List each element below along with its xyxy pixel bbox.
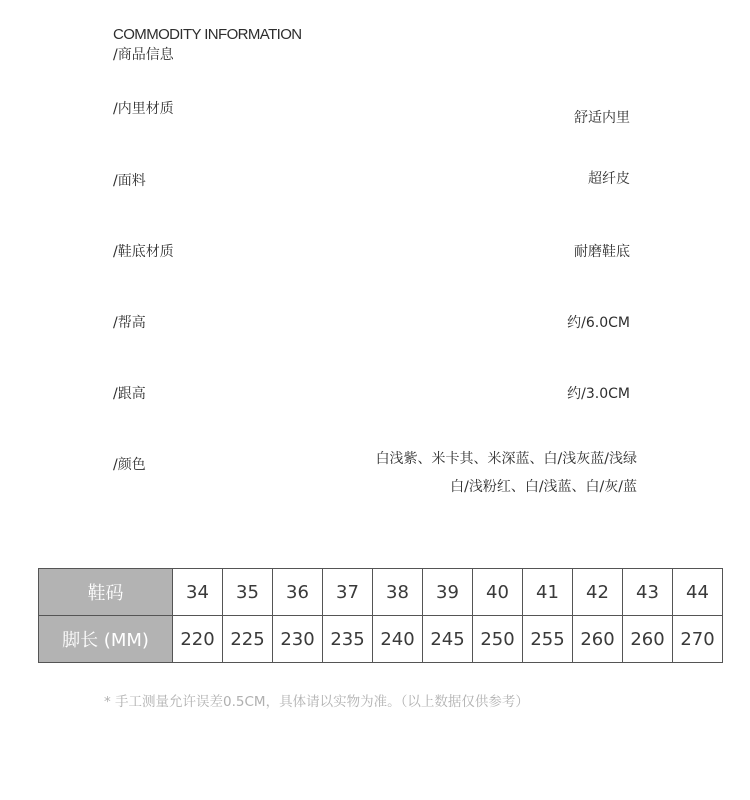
- size-cell: 42: [573, 569, 623, 616]
- size-cell: 35: [223, 569, 273, 616]
- measurement-note: * 手工测量允许误差0.5CM，具体请以实物为准。（以上数据仅供参考）: [104, 690, 529, 710]
- attribute-value-shaft-height: 约/6.0CM: [567, 312, 630, 332]
- size-cell: 37: [323, 569, 373, 616]
- size-cell: 38: [373, 569, 423, 616]
- foot-length-row: 脚长 (MM) 220 225 230 235 240 245 250 255 …: [39, 616, 723, 663]
- color-line-2: 白/浅粉红、白/浅蓝、白/灰/蓝: [376, 473, 637, 501]
- foot-length-cell: 235: [323, 616, 373, 663]
- attribute-label-lining: /内里材质: [113, 98, 174, 118]
- foot-length-cell: 220: [173, 616, 223, 663]
- attribute-value-upper: 超纤皮: [588, 168, 630, 188]
- foot-length-row-header: 脚长 (MM): [39, 616, 173, 663]
- size-cell: 39: [423, 569, 473, 616]
- size-cell: 44: [673, 569, 723, 616]
- attribute-value-heel-height: 约/3.0CM: [567, 383, 630, 403]
- title-en: COMMODITY INFORMATION: [113, 26, 302, 43]
- color-line-1: 白浅紫、米卡其、米深蓝、白/浅灰蓝/浅绿: [376, 445, 637, 473]
- size-cell: 36: [273, 569, 323, 616]
- foot-length-cell: 240: [373, 616, 423, 663]
- attribute-label-shaft-height: /帮高: [113, 312, 146, 332]
- size-cell: 34: [173, 569, 223, 616]
- foot-length-cell: 260: [573, 616, 623, 663]
- foot-length-cell: 270: [673, 616, 723, 663]
- title-cn: /商品信息: [113, 44, 174, 64]
- foot-length-cell: 255: [523, 616, 573, 663]
- foot-length-cell: 225: [223, 616, 273, 663]
- attribute-label-heel-height: /跟高: [113, 383, 146, 403]
- foot-length-cell: 245: [423, 616, 473, 663]
- size-cell: 41: [523, 569, 573, 616]
- attribute-value-sole: 耐磨鞋底: [574, 241, 630, 261]
- attribute-value-lining: 舒适内里: [574, 107, 630, 127]
- size-row-header: 鞋码: [39, 569, 173, 616]
- attribute-value-color: 白浅紫、米卡其、米深蓝、白/浅灰蓝/浅绿 白/浅粉红、白/浅蓝、白/灰/蓝: [376, 445, 637, 501]
- attribute-label-sole: /鞋底材质: [113, 241, 174, 261]
- size-cell: 40: [473, 569, 523, 616]
- size-cell: 43: [623, 569, 673, 616]
- size-table: 鞋码 34 35 36 37 38 39 40 41 42 43 44 脚长 (…: [38, 568, 723, 663]
- foot-length-cell: 230: [273, 616, 323, 663]
- attribute-label-upper: /面料: [113, 170, 146, 190]
- attribute-label-color: /颜色: [113, 454, 146, 474]
- size-row: 鞋码 34 35 36 37 38 39 40 41 42 43 44: [39, 569, 723, 616]
- foot-length-cell: 260: [623, 616, 673, 663]
- foot-length-cell: 250: [473, 616, 523, 663]
